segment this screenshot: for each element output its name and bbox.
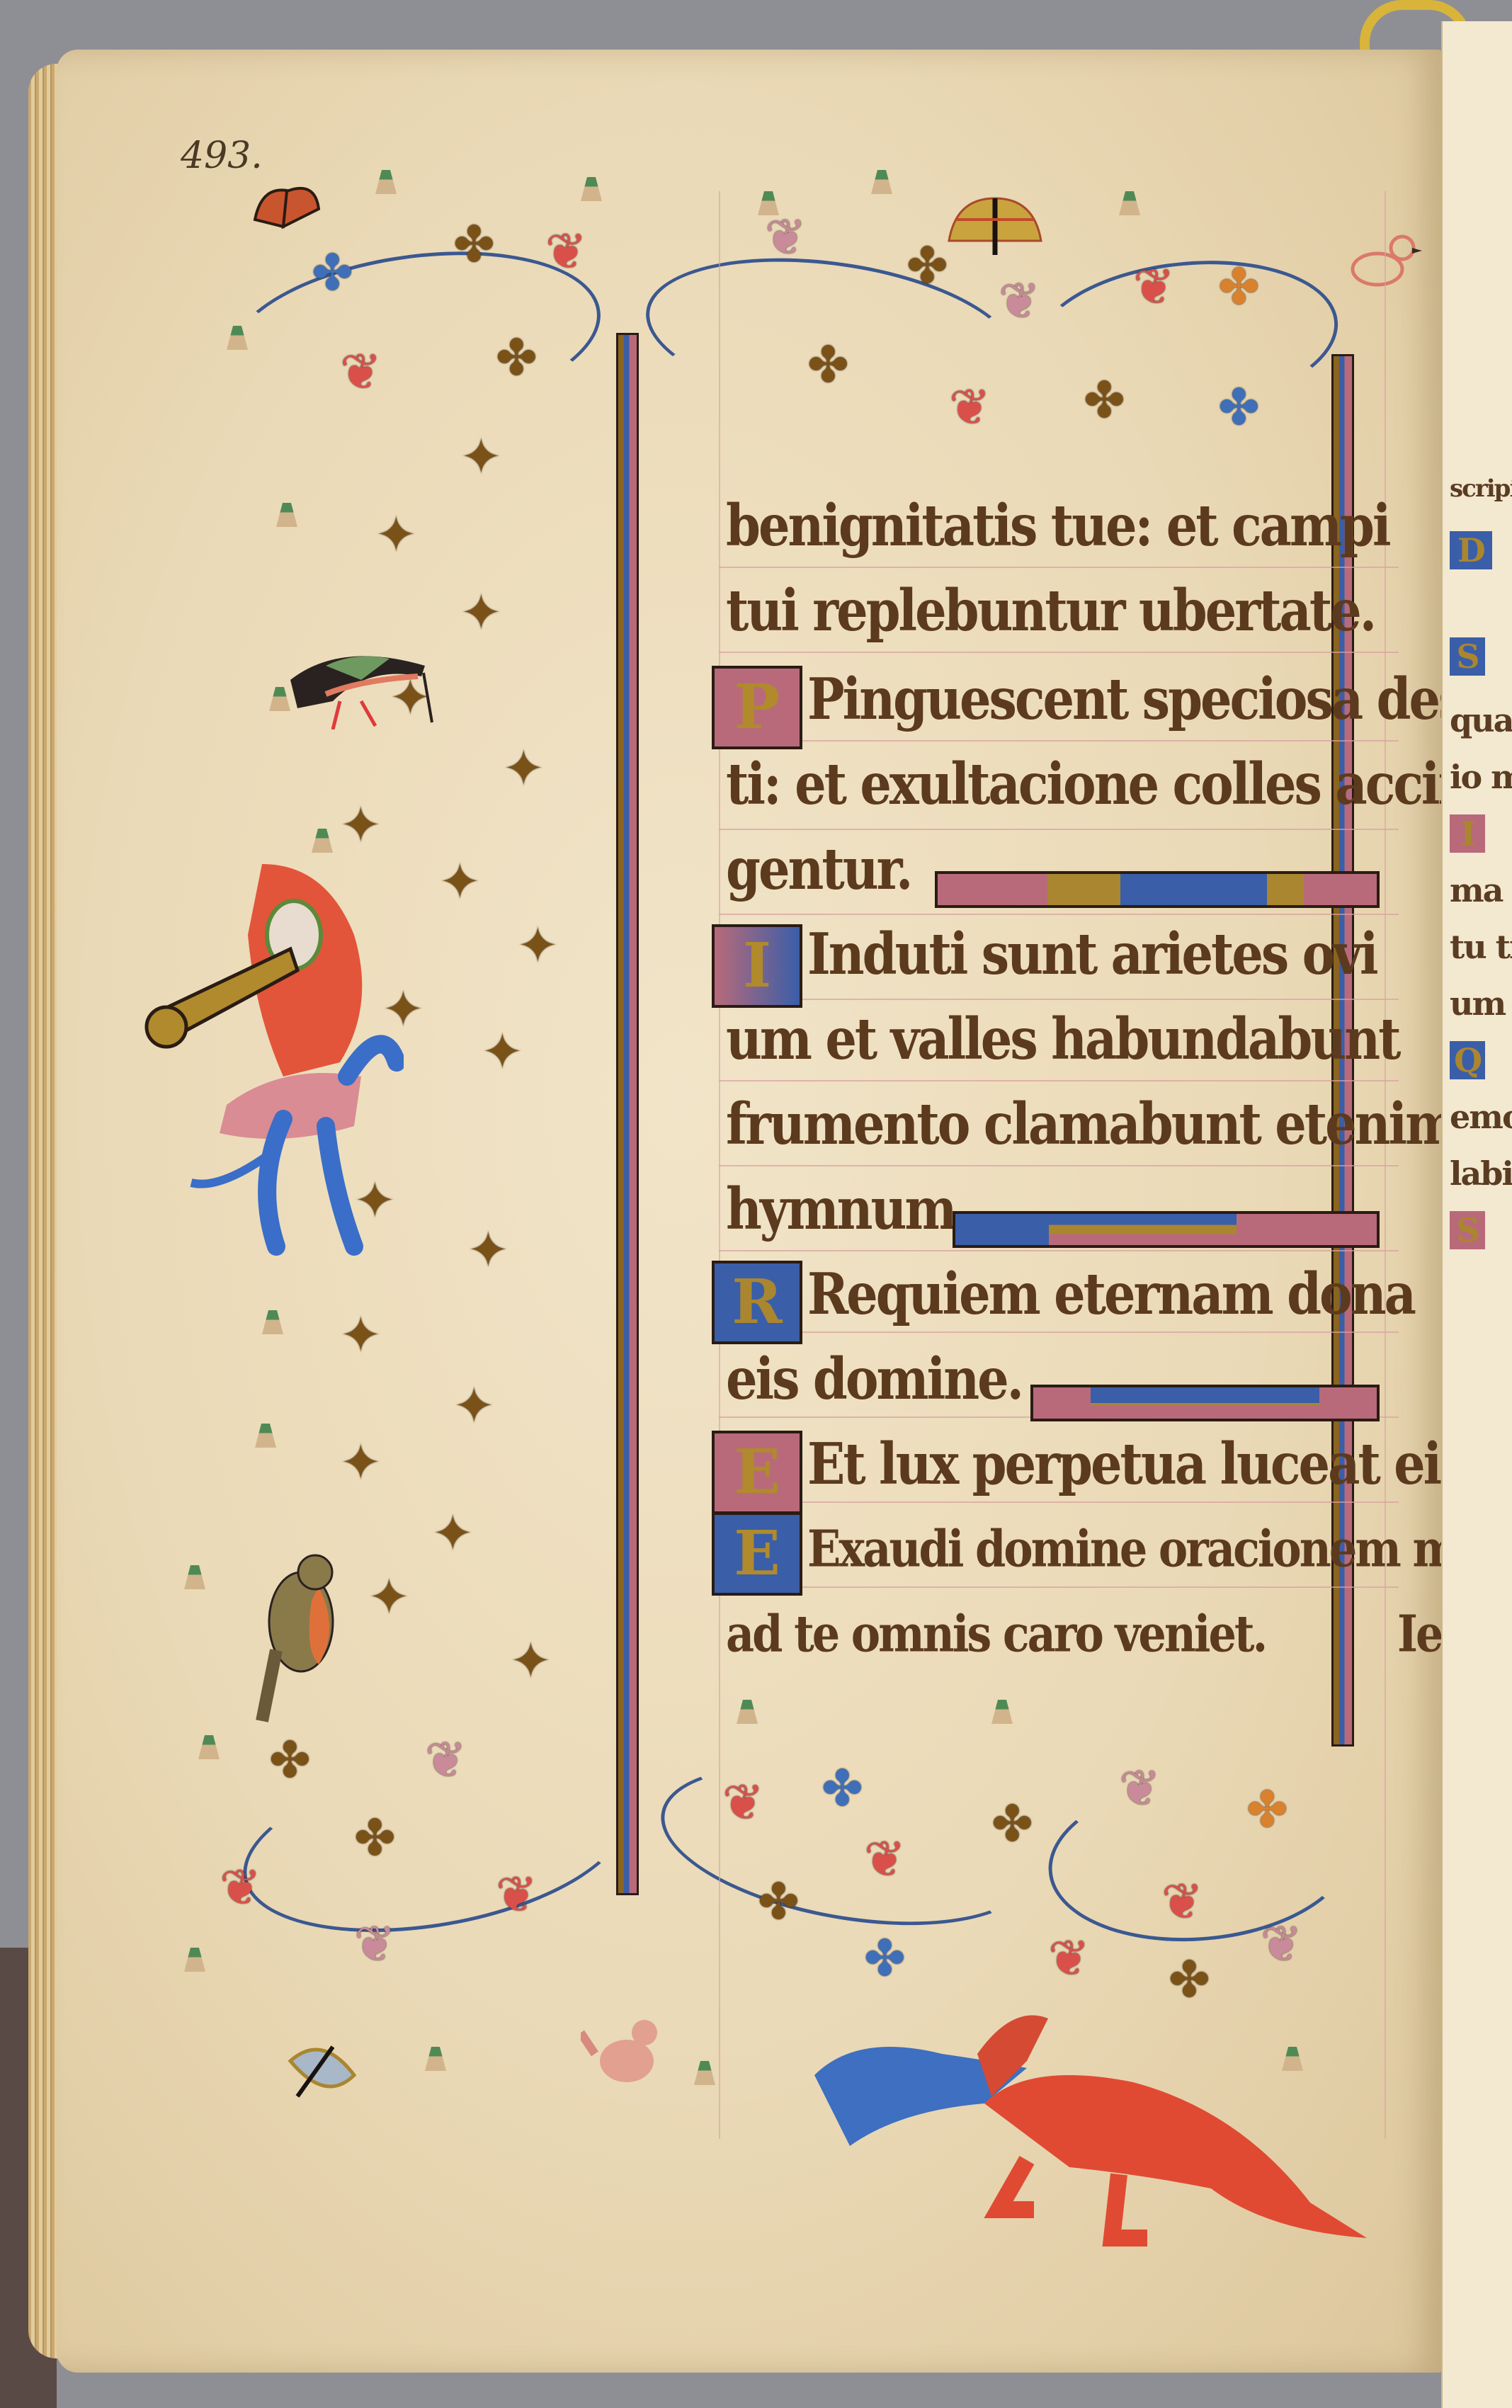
ivy-leaf-icon: ❦	[1119, 1764, 1161, 1813]
bell-flower-icon	[581, 177, 602, 201]
ivy-leaf-icon: ✤	[453, 220, 495, 269]
bell-flower-icon	[255, 1424, 276, 1448]
ivy-leaf-icon: ✦	[503, 744, 545, 793]
ivy-leaf-icon: ✦	[453, 1381, 495, 1431]
ivy-leaf-icon: ❦	[496, 1870, 538, 1919]
ivy-leaf-icon: ❦	[949, 382, 991, 432]
ivy-leaf-icon: ❦	[1133, 262, 1175, 312]
text-line: ti: et exultacione colles accin	[726, 744, 1472, 825]
initial-p: P	[712, 666, 802, 749]
ruling-line	[719, 652, 1399, 653]
bell-flower-icon	[871, 170, 892, 194]
ivy-leaf-icon: ❦	[999, 276, 1040, 326]
text-line: hymnum.	[726, 1169, 970, 1250]
ivy-leaf-icon: ✤	[1169, 1955, 1210, 2004]
text-line: Pinguescent speciosa deser	[807, 659, 1512, 740]
ivy-leaf-icon: ✦	[375, 510, 417, 560]
bell-flower-icon	[184, 1565, 205, 1589]
ivy-leaf-icon: ❦	[1261, 1919, 1302, 1969]
ruling-line	[719, 1080, 1399, 1081]
ivy-leaf-icon: ✤	[354, 1813, 396, 1863]
facing-initial: Q	[1450, 1041, 1485, 1079]
initial-i: I	[712, 924, 802, 1008]
text-line: frumento clamabunt etenim	[726, 1084, 1455, 1165]
long-billed-bird-icon	[283, 637, 439, 729]
initial-e: E	[712, 1512, 802, 1596]
ivy-leaf-icon: ✦	[340, 800, 382, 850]
facing-text: quam	[1450, 701, 1512, 739]
bell-flower-icon	[694, 2061, 715, 2085]
ivy-leaf-icon: ✤	[991, 1799, 1033, 1848]
facing-text: um et glo	[1450, 984, 1512, 1023]
ivy-leaf-icon: ❦	[354, 1919, 396, 1969]
line-filler	[935, 871, 1380, 908]
red-dragon-icon	[814, 2004, 1381, 2259]
ivy-leaf-icon: ✤	[312, 248, 353, 297]
ivy-leaf-icon: ✤	[864, 1933, 906, 1983]
ivy-leaf-icon: ✤	[269, 1735, 311, 1785]
bell-flower-icon	[1119, 191, 1140, 215]
bell-flower-icon	[262, 1310, 283, 1334]
manuscript-page: 493. ❦ ✤ ✤ ❦ ✤ ❦ ✤ ✤ ❦ ❦ ❦ ✤ ✤ ✤ ✦ ✦ ✦ ✦…	[57, 50, 1445, 2373]
ruling-line	[719, 567, 1399, 568]
ivy-leaf-icon: ✦	[517, 921, 559, 970]
ivy-leaf-icon: ✦	[482, 1027, 523, 1077]
ivy-leaf-icon: ❦	[864, 1834, 906, 1884]
line-filler	[953, 1211, 1380, 1248]
bell-flower-icon	[184, 1948, 205, 1972]
facing-text: io mea	[1450, 758, 1512, 796]
ivy-leaf-icon: ✤	[1084, 375, 1125, 425]
text-line: Exaudi domine oracionem meam	[807, 1509, 1512, 1590]
ivy-leaf-icon: ✦	[368, 1572, 410, 1622]
ivy-leaf-icon: ✦	[467, 1225, 509, 1275]
text-line: gentur.	[726, 829, 911, 910]
ivy-leaf-icon: ❦	[1161, 1877, 1203, 1926]
text-block: benignitatis tue: et campi tui replebunt…	[719, 489, 1399, 1707]
line-filler	[1030, 1385, 1380, 1421]
bell-flower-icon	[312, 829, 333, 853]
text-line: eis domine.	[726, 1339, 1022, 1420]
border-bar-left	[616, 333, 639, 1895]
facing-text: labia	[1450, 1154, 1512, 1193]
ivy-leaf-icon: ❦	[1048, 1933, 1090, 1983]
text-line: Induti sunt arietes ovi	[807, 914, 1377, 995]
ruling-line	[719, 1165, 1399, 1166]
ivy-leaf-icon: ❦	[765, 212, 807, 262]
butterfly-icon	[248, 177, 326, 241]
bell-flower-icon	[375, 170, 397, 194]
ruling-line	[719, 1250, 1399, 1251]
initial-r: R	[712, 1261, 802, 1344]
bell-flower-icon	[276, 503, 297, 527]
facing-text: tu tibi:	[1450, 928, 1512, 966]
facing-text: scripit.	[1450, 475, 1512, 503]
text-line: ad te omnis caro veniet. Iesu	[726, 1594, 1494, 1675]
facing-text: ma quo	[1450, 871, 1512, 909]
ivy-leaf-icon: ✤	[822, 1764, 863, 1813]
bell-flower-icon	[758, 191, 779, 215]
hybrid-trumpeter-icon	[142, 850, 404, 1275]
butterfly-icon	[942, 191, 1048, 269]
ruling-line	[719, 740, 1399, 742]
ivy-leaf-icon: ✦	[439, 857, 481, 907]
ivy-leaf-icon: ✦	[510, 1636, 552, 1686]
folio-number: 493.	[181, 135, 263, 177]
bell-flower-icon	[425, 2047, 446, 2071]
ivy-leaf-icon: ✦	[432, 1509, 474, 1558]
facing-initial: S	[1450, 637, 1485, 676]
initial-e: E	[712, 1431, 802, 1514]
text-line: Et lux perpetua luceat eis.	[807, 1424, 1481, 1505]
butterfly-icon	[283, 2033, 361, 2103]
bell-flower-icon	[198, 1735, 220, 1759]
bird-icon	[581, 2011, 666, 2096]
ivy-leaf-icon: ❦	[545, 227, 587, 276]
ivy-leaf-icon: ✤	[1218, 262, 1260, 312]
facing-text: emordia	[1450, 1098, 1512, 1136]
ivy-leaf-icon: ✤	[1218, 382, 1260, 432]
robin-icon	[234, 1544, 354, 1728]
ivy-leaf-icon: ❦	[220, 1863, 261, 1912]
ivy-leaf-icon: ✤	[1246, 1785, 1288, 1834]
ivy-leaf-icon: ✤	[758, 1877, 800, 1926]
ivy-leaf-icon: ✦	[460, 588, 502, 637]
ivy-leaf-icon: ✦	[340, 1438, 382, 1487]
facing-initial: S	[1450, 1211, 1485, 1249]
ivy-leaf-icon: ✤	[496, 333, 538, 382]
ivy-leaf-icon: ❦	[340, 347, 382, 397]
text-line: tui replebuntur ubertate.	[726, 570, 1375, 652]
text-line: Requiem eternam dona	[807, 1254, 1414, 1335]
facing-initial: D	[1450, 531, 1492, 569]
text-line: um et valles habundabunt	[726, 999, 1399, 1080]
ivy-leaf-icon: ✤	[807, 340, 849, 390]
ivy-leaf-icon: ✦	[340, 1310, 382, 1360]
vine-top-right	[1027, 246, 1346, 426]
text-line: benignitatis tue: et campi	[726, 485, 1389, 567]
ivy-leaf-icon: ✦	[460, 432, 502, 482]
facing-initial: I	[1450, 814, 1485, 853]
facing-page: scripit. D S quam io mea I ma quo tu tib…	[1441, 21, 1512, 2408]
ivy-leaf-icon: ❦	[722, 1778, 764, 1827]
ivy-leaf-icon: ❦	[425, 1735, 467, 1785]
